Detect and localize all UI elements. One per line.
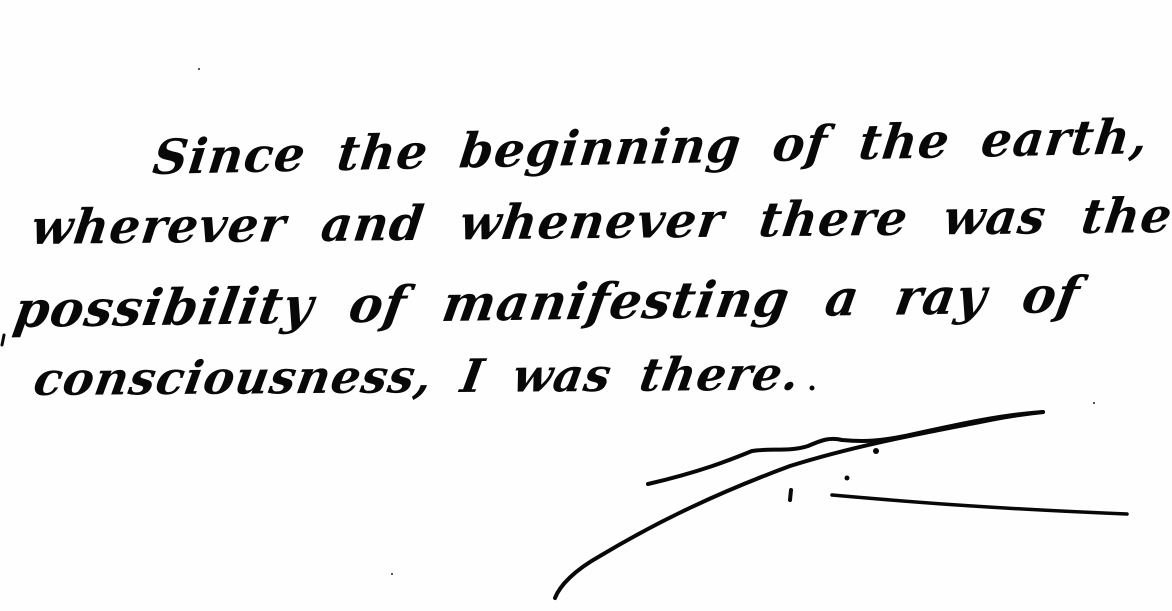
handwriting-line-3: possibility of manifesting a ray of: [10, 265, 1085, 339]
paper-speck: [198, 68, 200, 70]
signature-tick: [790, 490, 791, 500]
handwriting-line-2: wherever and whenever there was the: [28, 188, 1172, 256]
handwritten-page: Since the beginning of the earth, wherev…: [0, 0, 1172, 611]
period-dot: [810, 386, 815, 391]
signature-right-stroke: [832, 495, 1127, 514]
signature-dot-2: [845, 476, 850, 481]
paper-speck: [391, 573, 393, 575]
handwriting-line-4: consciousness, I was there.: [30, 347, 805, 406]
handwriting-line-1: Since the beginning of the earth,: [150, 109, 1152, 186]
signature-dot-1: [873, 448, 879, 454]
signature-sweep-stroke: [555, 412, 1043, 598]
signature-upper-stroke: [648, 412, 1043, 484]
paper-speck: [1093, 402, 1095, 404]
stray-mark: [2, 335, 4, 345]
